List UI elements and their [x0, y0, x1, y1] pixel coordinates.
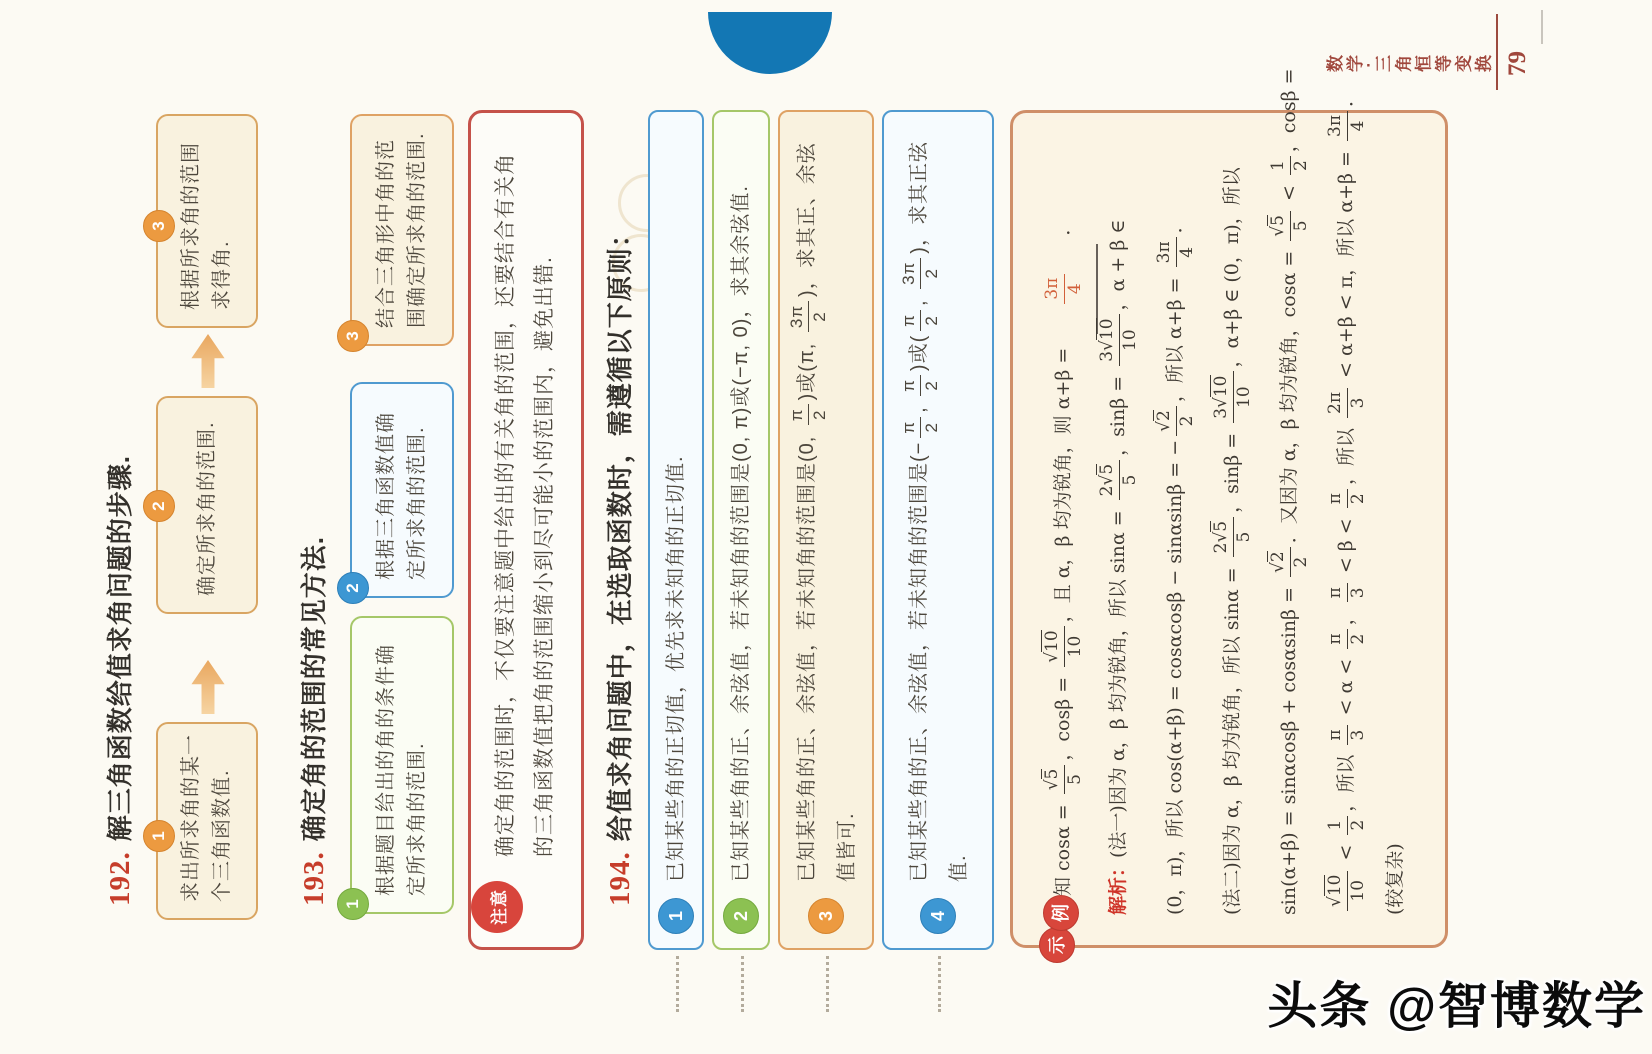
step-box-1: 1 求出所求角的某一个三角函数值. — [156, 722, 258, 920]
scanned-textbook-page: 192.解三角函数给值求角问题的步骤. 1 求出所求角的某一个三角函数值. 2 … — [0, 0, 1652, 1054]
dotted-leader — [676, 956, 679, 1012]
step-box-3: 3 根据所求角的范围求得角. — [156, 114, 258, 328]
method-box-1: 1 根据题目给出的角的条件确定所求角的范围. — [350, 616, 454, 914]
flow-arrow-icon — [190, 334, 226, 388]
book-page-rotated: 192.解三角函数给值求角问题的步骤. 1 求出所求角的某一个三角函数值. 2 … — [0, 0, 1652, 1054]
example-badge-shi: 示 — [1039, 927, 1075, 963]
principle-3-text: 已知某些角的正、余弦值，若未知角的范围是(0, π2)或(π, 3π2)，求其正… — [787, 126, 864, 882]
flow-arrow-icon — [190, 660, 226, 714]
step-2-badge: 2 — [143, 490, 175, 522]
page-number: 79 — [1504, 51, 1532, 76]
section-194-title: 194.给值求角问题中，在选取函数时，需遵循以下原则： — [600, 220, 637, 906]
example-line: 解析：(法一)因为 α，β 均为锐角，所以 sinα = 2√55，sinβ =… — [1090, 129, 1147, 915]
example-line: 已知 cosα = √55，cosβ = √1010，且 α，β 均为锐角，则 … — [1033, 129, 1090, 915]
principle-bar-1: 1 已知某些角的正切值，优先求未知角的正切值. — [648, 110, 704, 950]
page-number-rule — [1496, 14, 1498, 90]
principle-bar-4: 4 已知某些角的正、余弦值，若未知角的范围是(−π2, π2)或(π2, 3π2… — [882, 110, 994, 950]
step-box-2: 2 确定所求角的范围. — [156, 396, 258, 614]
step-1-badge: 1 — [143, 820, 175, 852]
principle-2-badge: 2 — [723, 898, 759, 934]
note-box: 注意 确定角的范围时，不仅要注意题中给出的有关角的范围，还要结合有关角的三角函数… — [468, 110, 584, 950]
step-2-text: 确定所求角的范围. — [192, 421, 223, 596]
example-line: sin(α+β) = sinαcosβ + cosαsinβ = √22．又因为… — [1261, 129, 1318, 915]
principle-4-text: 已知某些角的正、余弦值，若未知角的范围是(−π2, π2)或(π2, 3π2)，… — [899, 126, 976, 882]
note-text: 确定角的范围时，不仅要注意题中给出的有关角的范围，还要结合有关角的三角函数值把角… — [487, 135, 565, 919]
method-box-3: 3 结合三角形中角的范围确定所求角的范围. — [350, 114, 454, 346]
principle-bar-2: 2 已知某些角的正、余弦值，若未知角的范围是(0, π)或(−π, 0)，求其余… — [712, 110, 770, 950]
section-194-title-text: 给值求角问题中，在选取函数时，需遵循以下原则： — [605, 220, 635, 841]
step-1-text: 求出所求角的某一个三角函数值. — [176, 734, 238, 902]
watermark: 头条 @智博数学 — [1267, 966, 1646, 1038]
section-192-number: 192. — [104, 851, 136, 906]
page-edge-mark — [1541, 10, 1543, 44]
step-3-badge: 3 — [143, 210, 175, 242]
principle-1-badge: 1 — [658, 898, 694, 934]
example-line: (较复杂) — [1375, 129, 1415, 915]
edition-header: 数学·三角恒等变换 — [1326, 53, 1495, 78]
section-193-number: 193. — [298, 851, 330, 906]
method-1-badge: 1 — [337, 888, 369, 920]
example-line: √1010 < 12，所以 π3 < α < π2，π3 < β < π2，所以… — [1318, 129, 1375, 915]
section-193-title: 193.确定角的范围的常见方法. — [294, 536, 331, 906]
principle-1-text: 已知某些角的正切值，优先求未知角的正切值. — [658, 455, 694, 882]
method-3-badge: 3 — [337, 320, 369, 352]
method-2-text: 根据三角函数值确定所求角的范围. — [371, 396, 433, 580]
method-3-text: 结合三角形中角的范围确定所求角的范围. — [371, 128, 433, 328]
step-3-text: 根据所求角的范围求得角. — [176, 126, 238, 310]
example-badge-li: 例 — [1043, 895, 1079, 931]
section-192-title: 192.解三角函数给值求角问题的步骤. — [100, 455, 137, 906]
section-193-title-text: 确定角的范围的常见方法. — [299, 536, 329, 841]
principle-3-badge: 3 — [808, 898, 844, 934]
note-badge: 注意 — [471, 881, 523, 933]
method-box-2: 2 根据三角函数值确定所求角的范围. — [350, 382, 454, 598]
example-line: (0，π)，所以 cos(α+β) = cosαcosβ − sinαsinβ … — [1147, 129, 1204, 915]
principle-4-badge: 4 — [920, 898, 956, 934]
blue-semicircle-tab — [708, 12, 832, 74]
section-194-number: 194. — [604, 851, 636, 906]
method-2-badge: 2 — [337, 572, 369, 604]
principle-2-text: 已知某些角的正、余弦值，若未知角的范围是(0, π)或(−π, 0)，求其余弦值… — [723, 185, 759, 882]
dotted-leader — [741, 956, 744, 1012]
dotted-leader — [826, 956, 829, 1012]
example-line: (法二)因为 α，β 均为锐角，所以 sinα = 2√55，sinβ = 3√… — [1204, 129, 1261, 915]
example-box: 示 例 已知 cosα = √55，cosβ = √1010，且 α，β 均为锐… — [1010, 110, 1448, 948]
section-192-title-text: 解三角函数给值求角问题的步骤. — [105, 455, 135, 841]
dotted-leader — [938, 956, 941, 1012]
principle-bar-3: 3 已知某些角的正、余弦值，若未知角的范围是(0, π2)或(π, 3π2)，求… — [778, 110, 874, 950]
method-1-text: 根据题目给出的角的条件确定所求角的范围. — [371, 630, 433, 896]
